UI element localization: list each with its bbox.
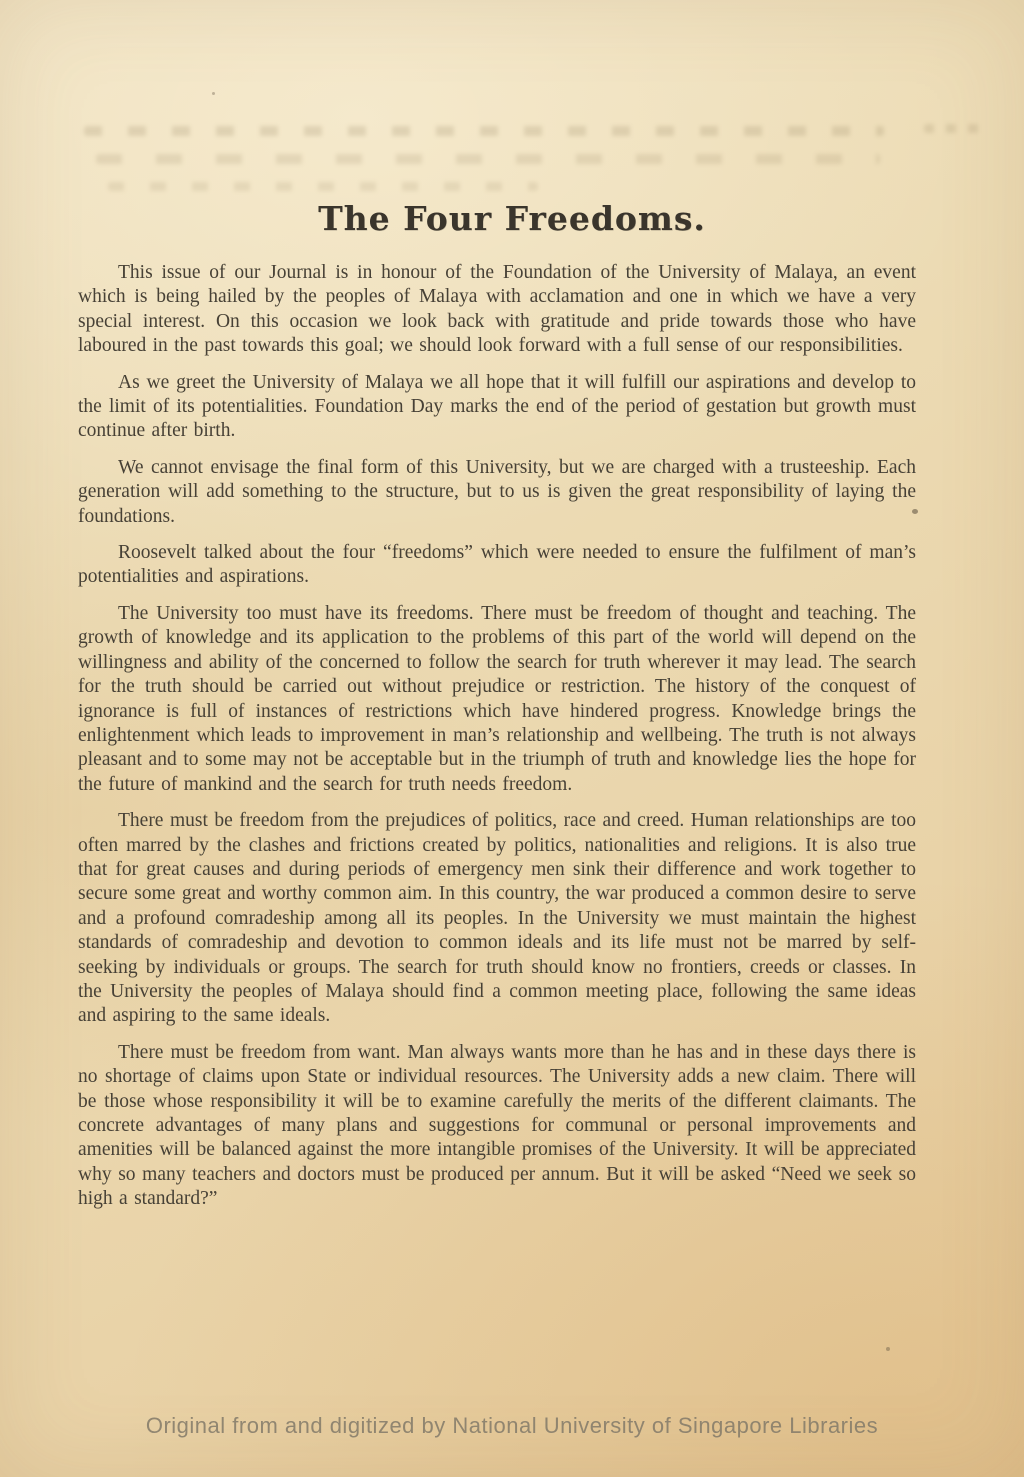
paragraph-freedom-from-want: There must be freedom from want. Man alw… bbox=[78, 1041, 916, 1212]
document-page: The Four Freedoms. This issue of our Jou… bbox=[0, 0, 1024, 1477]
digitization-watermark: Original from and digitized by National … bbox=[0, 1413, 1024, 1439]
page-title: The Four Freedoms. bbox=[0, 199, 1024, 238]
paragraph-roosevelt: Roosevelt talked about the four “freedom… bbox=[78, 541, 916, 590]
paragraph-freedom-from-prejudice: There must be freedom from the prejudice… bbox=[78, 809, 916, 1029]
article-body: This issue of our Journal is in honour o… bbox=[78, 261, 916, 1224]
bleedthrough-ghost-line bbox=[108, 182, 538, 191]
bleedthrough-ghost-mark bbox=[924, 124, 980, 133]
bleedthrough-ghost-line bbox=[96, 154, 880, 164]
paper-speck bbox=[886, 1347, 890, 1351]
paper-speck bbox=[912, 509, 918, 514]
paper-speck bbox=[212, 92, 215, 95]
paragraph-greeting: As we greet the University of Malaya we … bbox=[78, 371, 916, 444]
paragraph-trusteeship: We cannot envisage the final form of thi… bbox=[78, 456, 916, 529]
paragraph-freedom-of-thought: The University too must have its freedom… bbox=[78, 602, 916, 797]
bleedthrough-ghost-line bbox=[84, 126, 884, 136]
paragraph-intro: This issue of our Journal is in honour o… bbox=[78, 261, 916, 359]
